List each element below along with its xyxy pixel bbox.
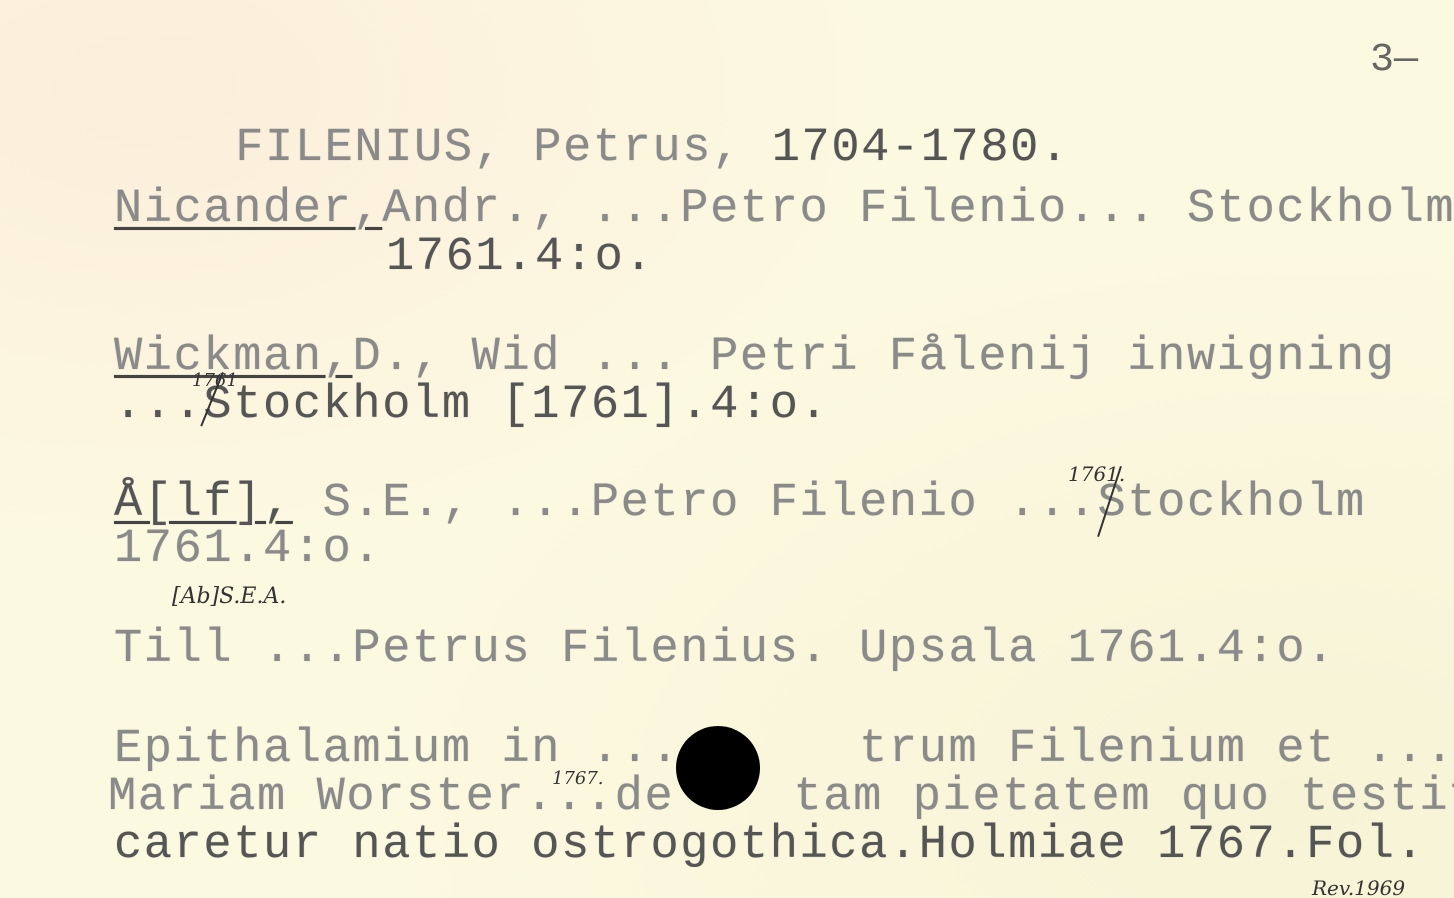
entry-1-line-2: 1761.4:o. — [386, 234, 654, 281]
heading-dates: 1704-1780. — [772, 122, 1070, 175]
revision-note: Rev.1969 — [1312, 876, 1405, 898]
entry-5-line-3: caretur natio ostrogothica.Holmiae 1767.… — [114, 822, 1425, 869]
entry-2-title: D., Wid ... Petri Fålenij inwigning — [352, 331, 1395, 384]
entry-5-handwritten-year: 1767. — [552, 768, 604, 789]
entry-5-line-2: Mariam Worster...de tam pietatem quo tes… — [108, 774, 1454, 821]
entry-1-title: Andr., ...Petro Filenio... Stockholm — [382, 183, 1454, 236]
entry-1-author: Nicander, — [114, 183, 382, 236]
entry-4-line-1: Till ...Petrus Filenius. Upsala 1761.4:o… — [114, 626, 1336, 673]
entry-1-line-1: Nicander,Andr., ...Petro Filenio... Stoc… — [114, 186, 1454, 233]
card-number: 3— — [1370, 38, 1418, 83]
catalogue-card: 3— FILENIUS, Petrus, 1704-1780. Nicander… — [0, 0, 1454, 898]
entry-3-line-2: 1761.4:o. — [114, 526, 382, 573]
entry-3-title: S.E., ...Petro Filenio ...Stockholm — [293, 477, 1366, 530]
entry-2-line-1: Wickman,D., Wid ... Petri Fålenij inwign… — [114, 334, 1396, 381]
heading-surname: FILENIUS, — [235, 122, 503, 175]
heading-forename: Petrus, — [533, 122, 742, 175]
entry-3-handwritten-attribution: [Ab]S.E.A. — [172, 584, 286, 609]
entry-5-line-1: Epithalamium in ... trum Filenium et ... — [114, 726, 1454, 773]
entry-3-line-1: Å[lf], S.E., ...Petro Filenio ...Stockho… — [114, 480, 1366, 527]
punch-hole — [676, 726, 760, 810]
